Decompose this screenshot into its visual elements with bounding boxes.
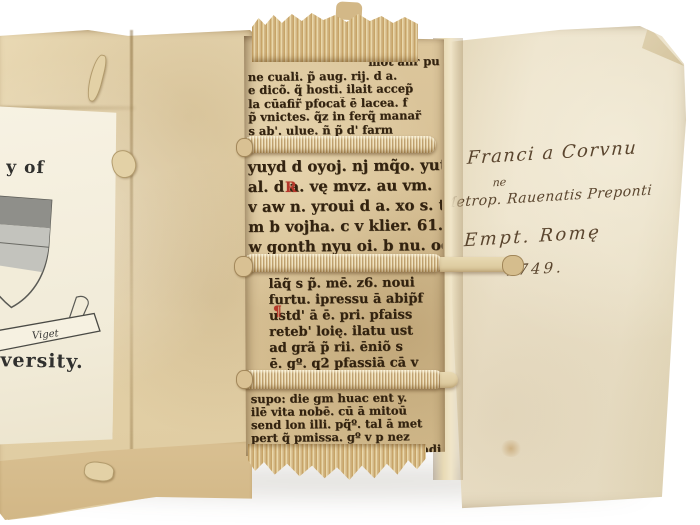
sewing-knot	[236, 370, 253, 389]
bookplate: y of Viget iversity.	[0, 104, 120, 449]
inscription-line-2: Metrop. Rauenatis Preponti	[441, 183, 652, 212]
manuscript-line: m b vojha. c v klier. 61. o	[248, 215, 442, 237]
manuscript-spine-lining: mõt añr pu ne cuali. p̃ aug. rij. d a. e…	[243, 36, 445, 456]
manuscript-text-block-2: yuyd d oyoj. nj mq̃o. yut al. d a. vę mv…	[247, 155, 442, 257]
manuscript-line: send lon illi. pq̃º. tal ā met	[251, 417, 441, 432]
manuscript-text-block-1: mõt añr pu ne cuali. p̃ aug. rij. d a. e…	[248, 55, 441, 138]
sewing-band	[243, 370, 443, 389]
manuscript-line: e dicõ. q̃ hosti. ilait accep̃	[248, 82, 440, 98]
manuscript-line: al. d a. vę mvz. au vm.	[248, 175, 442, 197]
inscription-line-1: Franci a Corvnu	[466, 137, 637, 169]
sewing-knot	[236, 138, 253, 157]
manuscript-line: v aw n. yroui d a. xo s. t	[248, 195, 442, 217]
manuscript-line: ustd' ā ē. pri. pfaiss	[269, 307, 443, 325]
manuscript-text-block-3: lāq̃ s p̃. mē. z6. noui furtu. ipressu ā…	[269, 275, 444, 373]
book-photo: Franci a Corvnu ne Metrop. Rauenatis Pre…	[0, 0, 700, 525]
manuscript-line: p̃ vnictes. q̃z in ferq̃ manar̃	[248, 109, 440, 125]
sewing-knot	[234, 256, 253, 277]
bookplate-shield	[0, 193, 58, 313]
sewing-band-extension	[440, 372, 458, 388]
cover-fold-crease	[130, 30, 133, 500]
sewing-band	[244, 136, 436, 153]
rubric-initial: R	[285, 180, 297, 196]
bookplate-text-fragment-bottom: iversity.	[0, 349, 84, 373]
bookplate-text-fragment-top: y of	[6, 157, 45, 178]
manuscript-line: reteb' loię. ilatu ust	[269, 323, 443, 341]
manuscript-line: lāq̃ s p̃. mē. z6. noui	[269, 275, 443, 293]
bookplate-motto-ribbon: Viget	[0, 290, 116, 359]
inscription-line-3: Empt. Romę	[463, 222, 602, 252]
manuscript-line: furtu. ipressu ā abip̃f	[269, 291, 443, 309]
manuscript-line: ad grã p̃ rii. ēniõ s	[269, 339, 443, 357]
rubric-pilcrow: ¶	[273, 304, 282, 320]
manuscript-line: yuyd d oyoj. nj mq̃o. yut	[247, 155, 441, 177]
sewing-band	[244, 254, 442, 272]
frayed-fringe-top	[252, 12, 418, 62]
inscription-superscript: ne	[492, 175, 506, 189]
sewing-band-knot	[502, 255, 524, 276]
